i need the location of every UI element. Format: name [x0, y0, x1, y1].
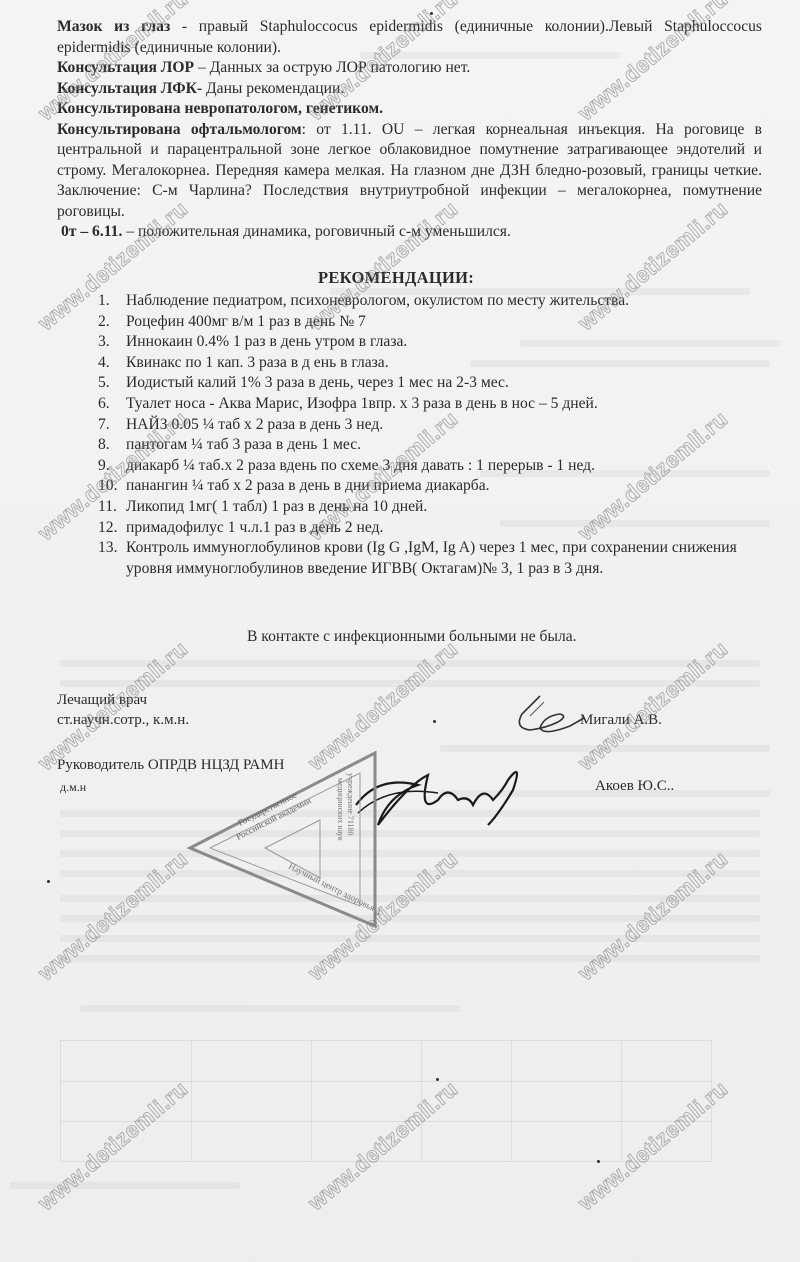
recommendation-item: 3.Иннокаин 0.4% 1 раз в день утром в гла…: [98, 332, 763, 353]
recommendation-text: Иодистый калий 1% 3 раза в день, через 1…: [126, 373, 763, 394]
recommendation-number: 2.: [98, 312, 126, 333]
neuro-consultation: Консультирована невропатологом, генетико…: [57, 99, 762, 120]
recommendation-text: Иннокаин 0.4% 1 раз в день утром в глаза…: [126, 332, 763, 353]
recommendation-number: 12.: [98, 518, 126, 539]
contact-note: В контакте с инфекционными больными не б…: [247, 628, 577, 646]
recommendation-item: 13.Контроль иммуноглобулинов крови (Ig G…: [98, 538, 763, 579]
recommendation-item: 2.Роцефин 400мг в/м 1 раз в день № 7: [98, 312, 763, 333]
recommendation-number: 5.: [98, 373, 126, 394]
recommendation-item: 12.примадофилус 1 ч.л.1 раз в день 2 нед…: [98, 518, 763, 539]
recommendation-number: 4.: [98, 353, 126, 374]
recommendation-item: 4.Квинакс по 1 кап. 3 раза в д ень в гла…: [98, 353, 763, 374]
scan-speck: [47, 880, 50, 883]
recommendation-number: 1.: [98, 291, 126, 312]
svg-text:учреждение 71180: учреждение 71180: [346, 773, 355, 836]
recommendation-text: Роцефин 400мг в/м 1 раз в день № 7: [126, 312, 763, 333]
scan-speck: [433, 720, 436, 723]
recommendation-item: 1.Наблюдение педиатром, психоневрологом,…: [98, 291, 763, 312]
svg-text:медицинских наук: медицинских наук: [336, 778, 345, 841]
recommendation-item: 6.Туалет носа - Аква Марис, Изофра 1впр.…: [98, 394, 763, 415]
recommendation-item: 11.Ликопид 1мг( 1 табл) 1 раз в день на …: [98, 497, 763, 518]
recommendation-item: 5.Иодистый калий 1% 3 раза в день, через…: [98, 373, 763, 394]
recommendation-text: Контроль иммуноглобулинов крови (Ig G ,I…: [126, 538, 763, 579]
watermark-text: www.detizemli.ru: [573, 636, 733, 776]
recommendation-number: 13.: [98, 538, 126, 579]
scanned-page: Мазок из глаз - правый Staphuloccocus ep…: [0, 0, 800, 1262]
recommendation-text: Ликопид 1мг( 1 табл) 1 раз в день на 10 …: [126, 497, 763, 518]
physio-consultation: Консультация ЛФК- Даны рекомендации.: [57, 79, 762, 100]
head-degree: д.м.н: [60, 780, 86, 795]
recommendation-text: Наблюдение педиатром, психоневрологом, о…: [126, 291, 763, 312]
recommendation-number: 7.: [98, 415, 126, 436]
doctor-signature: [500, 688, 590, 748]
scan-speck: [436, 1078, 439, 1081]
recommendation-text: Квинакс по 1 кап. 3 раза в д ень в глаза…: [126, 353, 763, 374]
scan-speck: [597, 1160, 600, 1163]
official-stamp: Государственное Российской академии Науч…: [180, 748, 380, 928]
recommendation-number: 3.: [98, 332, 126, 353]
recommendation-text: примадофилус 1 ч.л.1 раз в день 2 нед.: [126, 518, 763, 539]
head-name: Акоев Ю.С..: [595, 778, 674, 795]
recommendation-number: 6.: [98, 394, 126, 415]
